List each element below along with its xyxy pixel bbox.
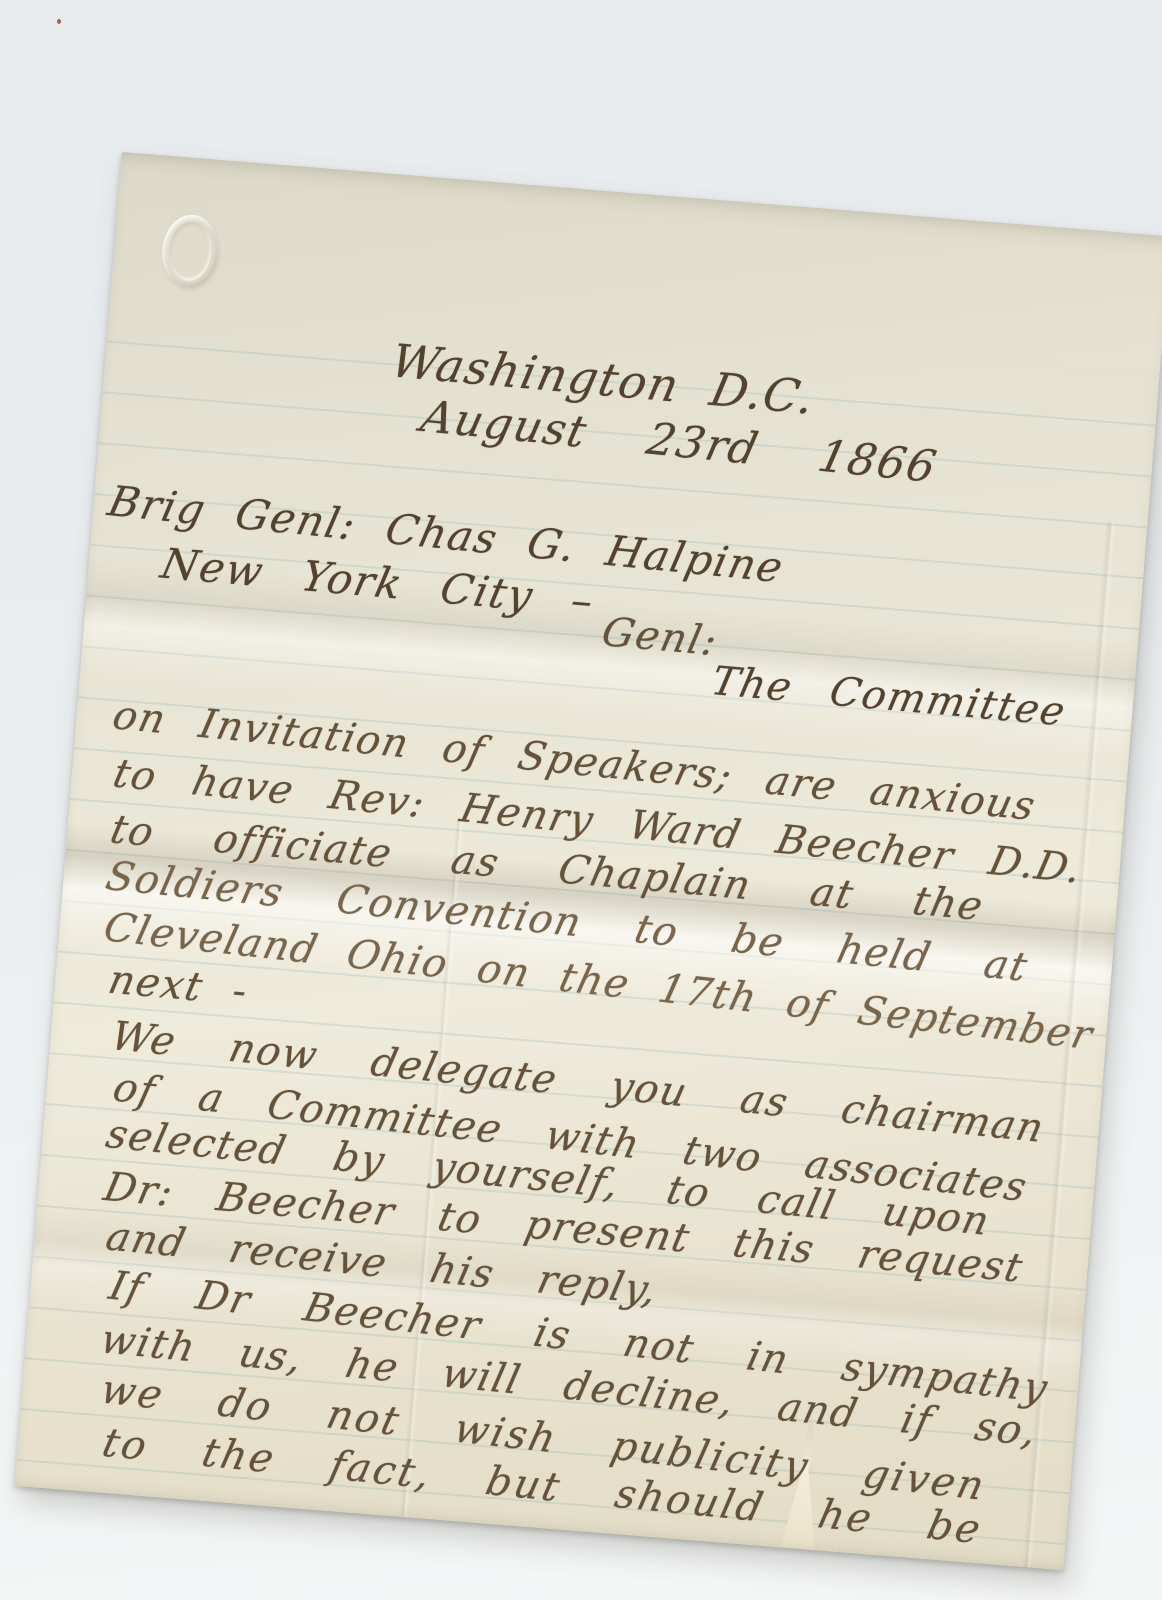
letter-paper: Washington D.C. August 23rd 1866 Brig Ge… [15, 152, 1162, 1570]
embossed-seal-inner-ring [167, 220, 214, 282]
salutation: Genl: [598, 612, 721, 662]
scan-artifact-dot [57, 19, 61, 24]
body-line: next - [105, 960, 252, 1012]
scanned-letter-photo: { "letter": { "heading": { "place": "Was… [0, 0, 1162, 1600]
embossed-seal-icon [159, 213, 221, 290]
